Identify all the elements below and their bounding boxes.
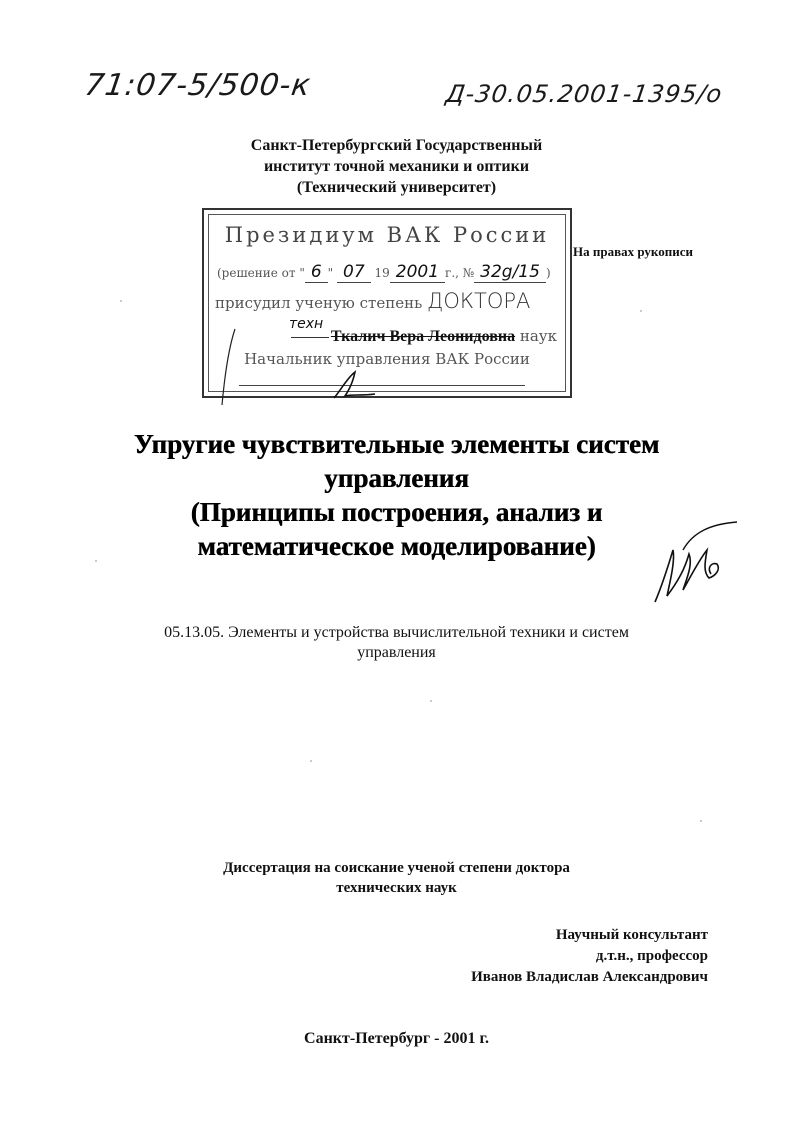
scan-speck xyxy=(430,700,432,702)
awarded-degree: ДОКТОРА xyxy=(427,289,530,313)
stamp-name-line: Ткалич Вера Леонидовна наук xyxy=(291,327,557,346)
decision-quote: " xyxy=(328,266,334,280)
institution-line-1: Санкт-Петербургский Государственный xyxy=(0,135,793,156)
scan-speck xyxy=(120,300,122,302)
decision-suffix: ) xyxy=(546,266,551,280)
stamp-decision-line: (решение от "6" 07 192001г., №32g/15) xyxy=(217,262,573,282)
specialty-line-1: 05.13.05. Элементы и устройства вычислит… xyxy=(0,623,793,643)
stamp-title: Президиум ВАК России xyxy=(209,223,565,247)
vak-stamp: Президиум ВАК России (решение от "6" 07 … xyxy=(202,208,572,398)
consultant-name: Иванов Владислав Александрович xyxy=(471,967,708,988)
decision-month: 07 xyxy=(337,262,371,283)
stamp-signature-icon xyxy=(329,370,379,400)
decision-number: 32g/15 xyxy=(474,262,546,283)
scan-speck xyxy=(95,560,97,562)
decision-prefix: (решение от " xyxy=(217,266,305,280)
handwritten-date-code: Д-30.05.2001-1395/о xyxy=(444,80,724,108)
institution-line-2: институт точной механики и оптики xyxy=(0,156,793,177)
scan-speck xyxy=(310,760,312,762)
stamp-inner-border: Президиум ВАК России (решение от "6" 07 … xyxy=(208,214,566,392)
awarded-prefix: присудил ученую степень xyxy=(215,294,422,312)
scan-speck xyxy=(640,310,642,312)
name-fill-rule xyxy=(291,337,329,338)
author-name: Ткалич Вера Леонидовна xyxy=(331,328,515,345)
footer-city-year: Санкт-Петербург - 2001 г. xyxy=(0,1030,793,1048)
decision-year: 2001 xyxy=(390,262,445,283)
stamp-chief-title: Начальник управления ВАК России xyxy=(209,350,565,368)
manuscript-rights-note: На правах рукописи xyxy=(573,244,693,260)
decision-day: 6 xyxy=(305,262,328,283)
institution-header: Санкт-Петербургский Государственный инст… xyxy=(0,135,793,198)
scientific-consultant: Научный консультант д.т.н., профессор Ив… xyxy=(471,925,708,988)
decision-year-prefix: 19 xyxy=(375,266,390,280)
stamp-awarded-line: присудил ученую степень ДОКТОРА xyxy=(215,289,571,313)
dissertation-line-1: Диссертация на соискание ученой степени … xyxy=(0,858,793,878)
specialty-code: 05.13.05. Элементы и устройства вычислит… xyxy=(0,623,793,663)
institution-line-3: (Технический университет) xyxy=(0,177,793,198)
author-signature-icon xyxy=(645,520,740,610)
pen-stroke-icon xyxy=(219,327,239,407)
title-line-2: управления xyxy=(0,461,793,495)
scan-speck xyxy=(700,820,702,822)
consultant-role: Научный консультант xyxy=(471,925,708,946)
field-suffix: наук xyxy=(520,327,557,345)
specialty-line-2: управления xyxy=(0,643,793,663)
dissertation-line-2: технических наук xyxy=(0,878,793,898)
decision-number-label: г., № xyxy=(445,266,474,280)
handwritten-registry-code: 71:07-5/500-к xyxy=(83,68,314,103)
dissertation-degree: Диссертация на соискание ученой степени … xyxy=(0,858,793,898)
consultant-degree: д.т.н., профессор xyxy=(471,946,708,967)
stamp-signature-line xyxy=(239,385,525,386)
title-line-1: Упругие чувствительные элементы систем xyxy=(0,427,793,461)
